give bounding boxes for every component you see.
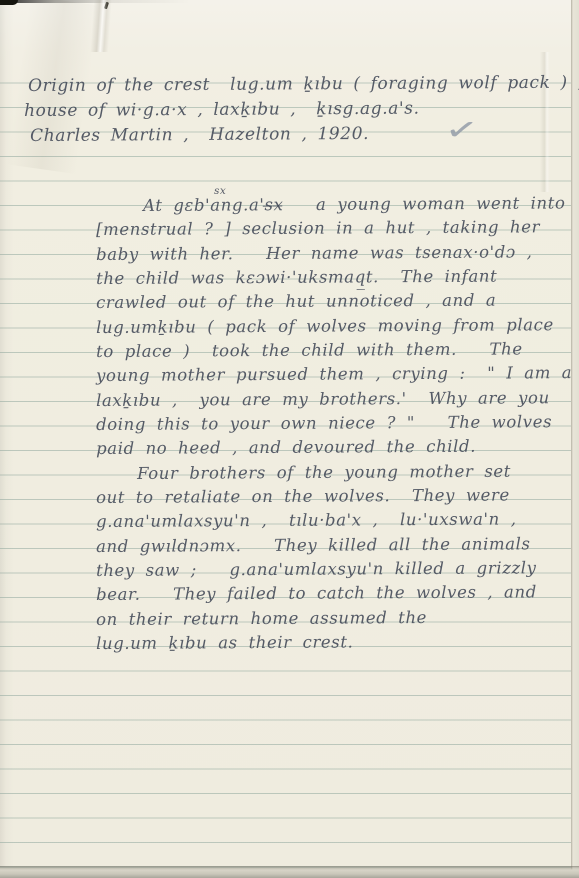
handwritten-line: lug.um ḵıbu as their crest. bbox=[96, 632, 353, 654]
handwritten-line: the child was kɛɔwi·'uksmaq̲t. The infan… bbox=[96, 267, 497, 289]
handwritten-line: lug.umḵıbu ( pack of wolves moving from … bbox=[96, 315, 554, 338]
pencil-checkmark: ✓ bbox=[443, 111, 480, 149]
handwritten-line: out to retaliate on the wolves. They wer… bbox=[96, 485, 510, 508]
handwritten-line: to place ) took the child with them. The bbox=[96, 339, 523, 362]
handwritten-line: young mother pursued them , crying : " I… bbox=[96, 363, 572, 386]
handwritten-line: At gɛb'ang.a's̶x̶ a young woman went int… bbox=[143, 193, 566, 216]
handwritten-line: g.ana'umlaxsyu'n , tılu·ba'x , lu·'uxswa… bbox=[96, 509, 517, 532]
handwritten-line: baby with her. Her name was tsenax·o'dɔ … bbox=[96, 242, 533, 265]
scan-edge-bottom bbox=[0, 866, 579, 878]
scan-edge-right bbox=[571, 0, 579, 878]
handwritten-line: and gwıldnɔmx. They killed all the anima… bbox=[96, 534, 531, 557]
handwritten-line: crawled out of the hut unnoticed , and a bbox=[96, 291, 496, 313]
handwritten-line: they saw ; g.ana'umlaxsyu'n killed a gri… bbox=[96, 558, 537, 581]
handwritten-line: paid no heed , and devoured the child. bbox=[96, 437, 476, 459]
attribution-line: Charles Martin , Hazelton , 1920. bbox=[30, 124, 369, 146]
handwritten-line: bear. They failed to catch the wolves , … bbox=[96, 582, 537, 605]
scan-corner-shadow bbox=[0, 0, 18, 5]
scan-shadow-top bbox=[0, 0, 579, 3]
handwritten-line: laxḵıbu , you are my brothers.' Why are … bbox=[96, 388, 550, 411]
title-line: Origin of the crest lug.um ḵıbu ( foragi… bbox=[28, 73, 579, 96]
handwritten-line: on their return home assumed the bbox=[96, 608, 427, 630]
title-line: house of wi·g.a·x , laxḵıbu , ḵısg.ag.a'… bbox=[24, 99, 420, 121]
handwritten-line: Four brothers of the young mother set bbox=[137, 462, 511, 484]
handwritten-line: [menstrual ? ] seclusion in a hut , taki… bbox=[96, 217, 540, 240]
handwritten-line: doing this to your own niece ? " The wol… bbox=[96, 412, 552, 435]
